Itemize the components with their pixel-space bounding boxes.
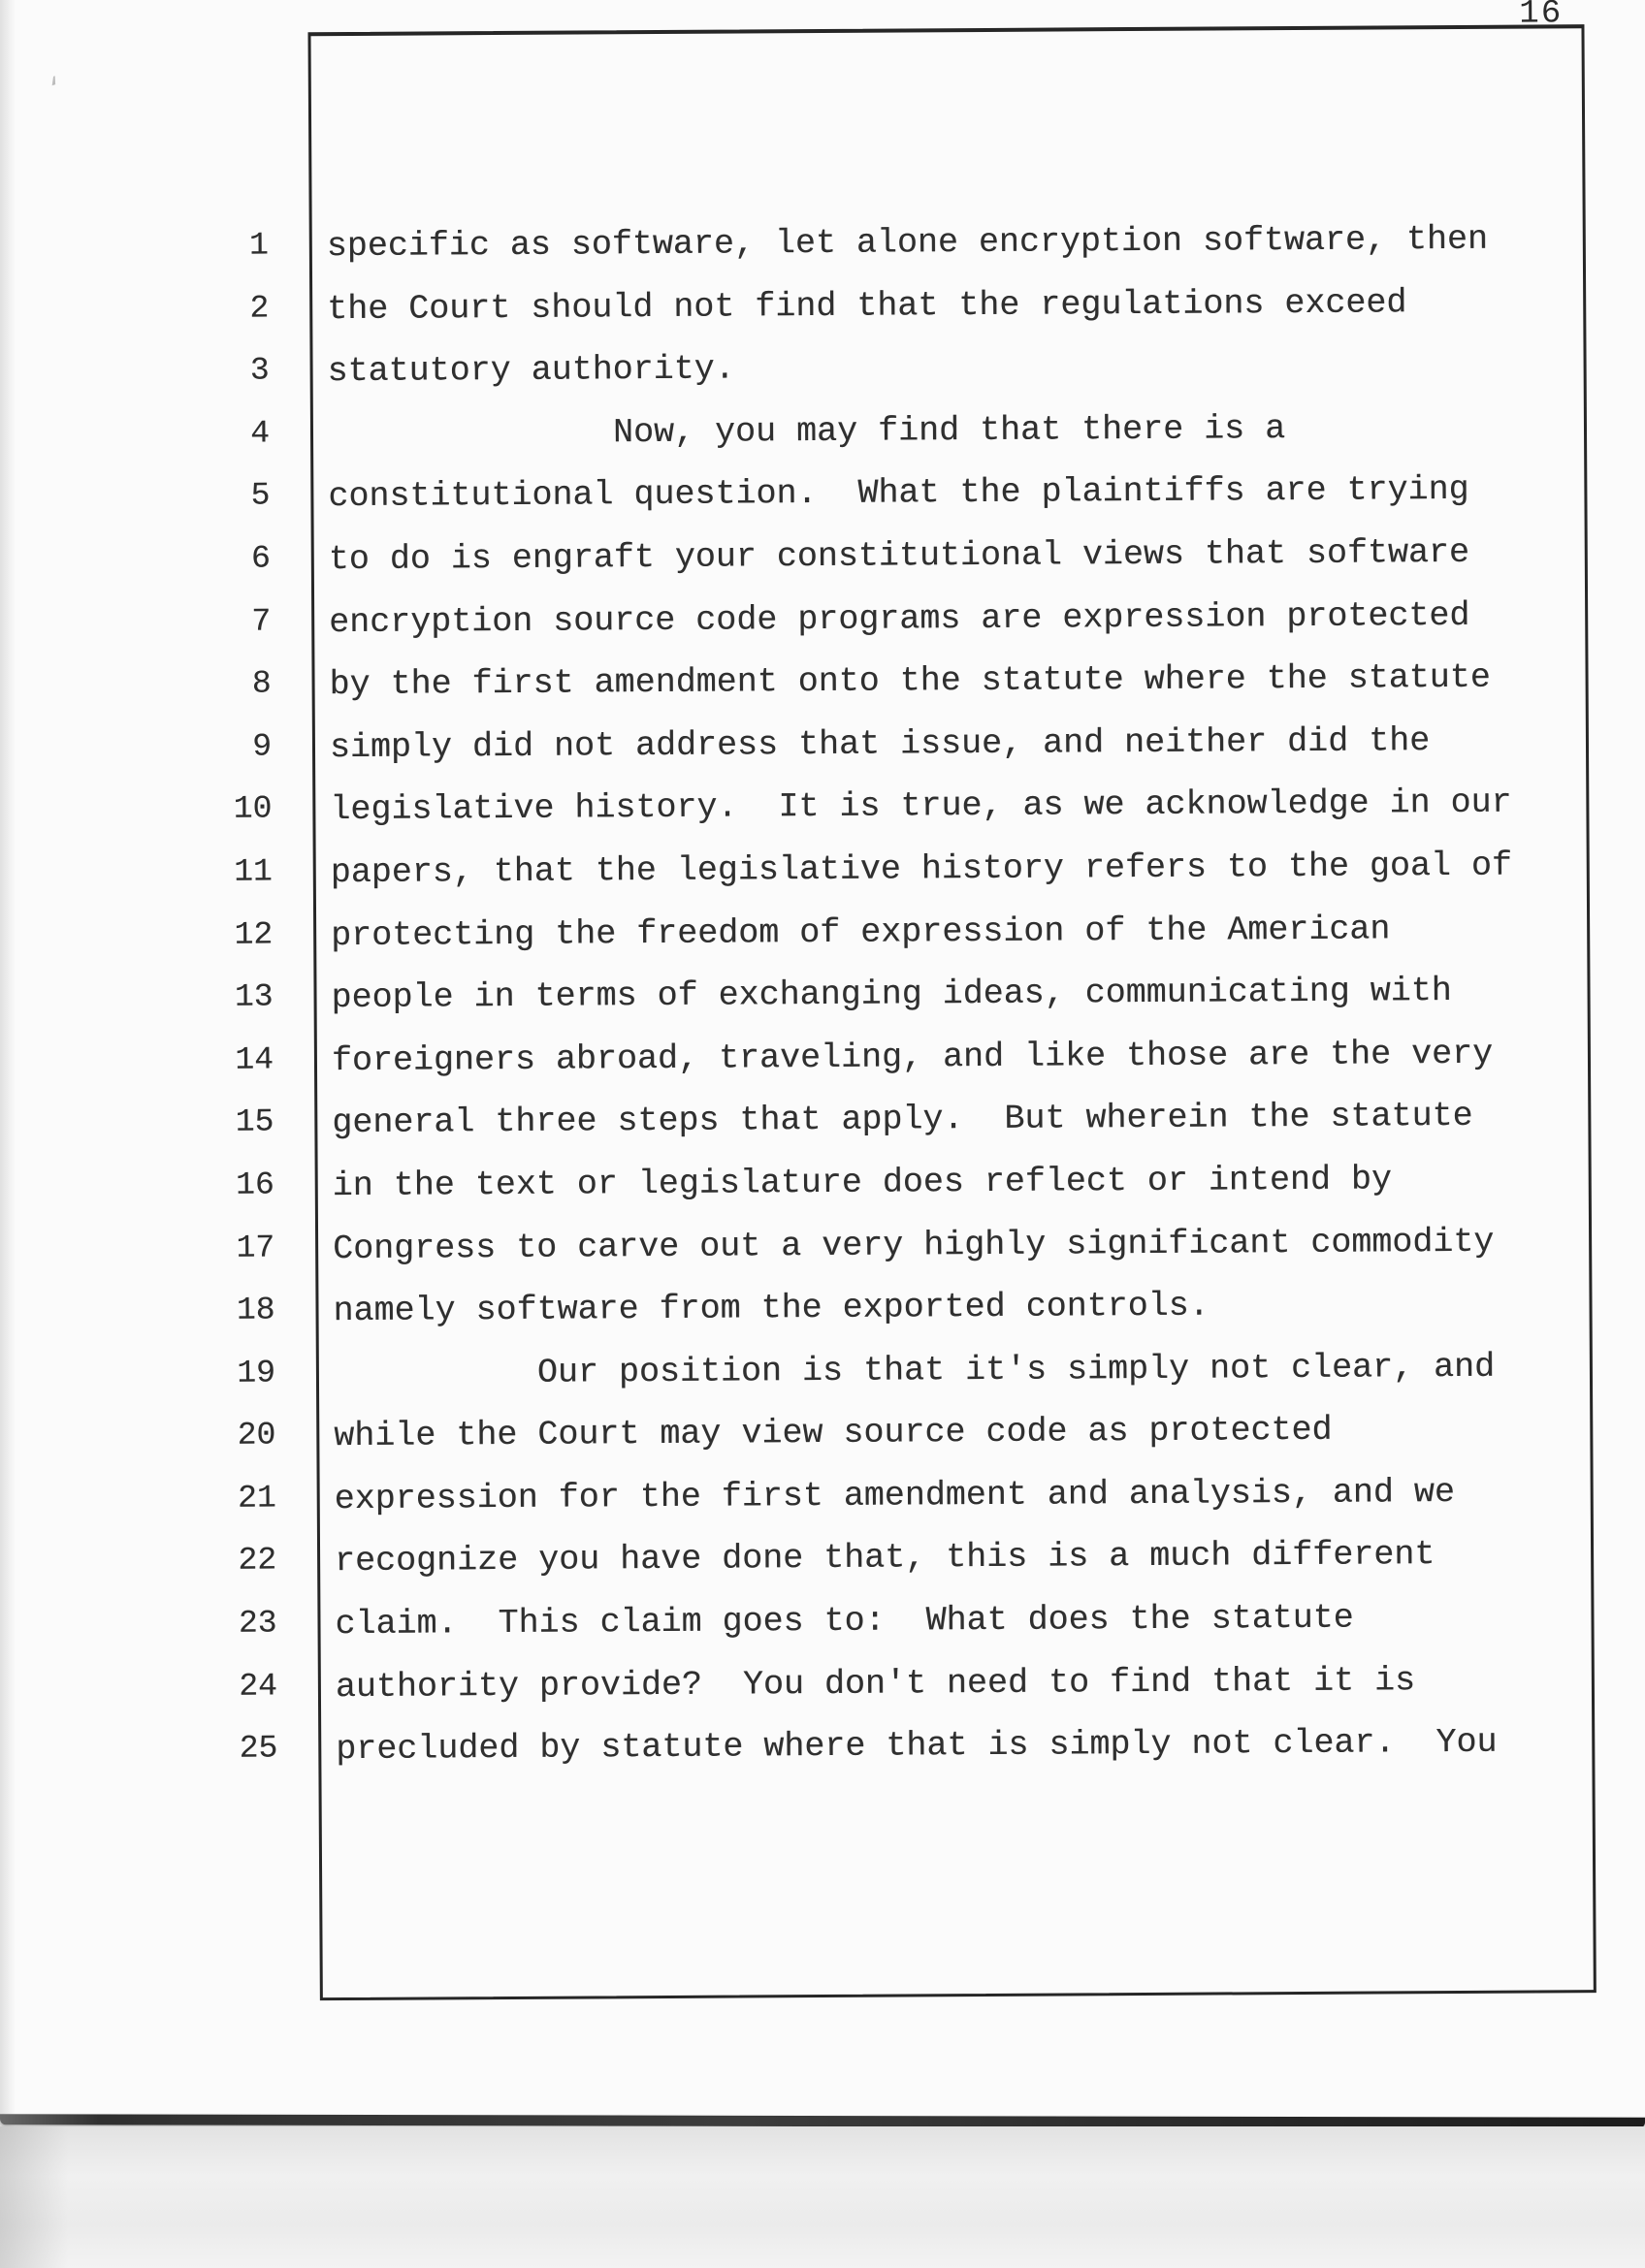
line-number: 6	[0, 540, 271, 578]
line-number: 8	[0, 666, 272, 704]
line-number: 14	[1, 1041, 274, 1079]
line-text: legislative history. It is true, as we a…	[330, 783, 1511, 829]
line-text: namely software from the exported contro…	[333, 1287, 1209, 1331]
transcript-line: 2 the Court should not find that the reg…	[0, 281, 1641, 354]
line-text: by the first amendment onto the statute …	[329, 658, 1490, 704]
transcript-line: 14 foreigners abroad, traveling, and lik…	[1, 1034, 1645, 1106]
line-number: 4	[0, 415, 270, 453]
transcript-line: 13 people in terms of exchanging ideas, …	[0, 971, 1645, 1043]
line-text: authority provide? You don't need to fin…	[336, 1661, 1415, 1707]
line-number: 2	[0, 290, 269, 328]
line-text: precluded by statute where that is simpl…	[336, 1723, 1497, 1769]
transcript-line: 10 legislative history. It is true, as w…	[0, 783, 1645, 855]
line-number: 21	[4, 1480, 276, 1517]
transcript-line: 1 specific as software, let alone encryp…	[0, 219, 1641, 292]
transcript-line: 9 simply did not address that issue, and…	[0, 720, 1644, 793]
transcript-line: 11 papers, that the legislative history …	[0, 846, 1645, 918]
transcript-line: 24 authority provide? You don't need to …	[5, 1659, 1645, 1732]
transcript-line: 22 recognize you have done that, this is…	[4, 1534, 1645, 1607]
line-number: 25	[5, 1731, 277, 1769]
line-number: 15	[1, 1104, 274, 1142]
line-number: 17	[2, 1230, 274, 1267]
transcript-line: 3 statutory authority.	[0, 344, 1642, 417]
transcript-page: 16 ‘ 1 specific as software, let alone e…	[0, 0, 1645, 2268]
line-text: people in terms of exchanging ideas, com…	[331, 972, 1451, 1017]
transcript-line: 7 encryption source code programs are ex…	[0, 594, 1643, 667]
transcript-line: 15 general three steps that apply. But w…	[1, 1096, 1645, 1168]
transcript-line: 8 by the first amendment onto the statut…	[0, 657, 1644, 730]
line-number: 22	[4, 1543, 276, 1581]
line-text: while the Court may view source code as …	[334, 1411, 1332, 1455]
scan-footer-area	[0, 2126, 1645, 2268]
line-text: in the text or legislature does reflect …	[333, 1160, 1392, 1205]
line-text: foreigners abroad, traveling, and like t…	[332, 1035, 1493, 1080]
transcript-line: 16 in the text or legislature does refle…	[2, 1159, 1645, 1231]
transcript-line: 23 claim. This claim goes to: What does …	[4, 1597, 1645, 1670]
line-number: 1	[0, 227, 269, 265]
line-text: statutory authority.	[327, 350, 734, 392]
transcript-line: 5 constitutional question. What the plai…	[0, 469, 1643, 542]
line-text: the Court should not find that the regul…	[327, 283, 1406, 329]
line-text: expression for the first amendment and a…	[335, 1473, 1455, 1518]
transcript-line: 19 Our position is that it's simply not …	[3, 1346, 1645, 1419]
line-number: 3	[0, 353, 270, 391]
line-number: 10	[0, 791, 272, 829]
transcript-line: 25 precluded by statute where that is si…	[5, 1722, 1645, 1795]
line-text: Congress to carve out a very highly sign…	[333, 1222, 1494, 1267]
transcript-line: 20 while the Court may view source code …	[3, 1409, 1645, 1482]
line-text: simply did not address that issue, and n…	[330, 721, 1430, 767]
line-number: 19	[3, 1355, 275, 1392]
line-number: 7	[0, 603, 271, 641]
line-text: Now, you may find that there is a	[328, 409, 1285, 454]
line-text: general three steps that apply. But wher…	[332, 1097, 1472, 1142]
line-text: protecting the freedom of expression of …	[331, 910, 1390, 955]
line-number: 9	[0, 728, 272, 766]
line-text: Our position is that it's simply not cle…	[334, 1347, 1495, 1392]
transcript-line: 12 protecting the freedom of expression …	[0, 908, 1645, 980]
line-number: 16	[2, 1166, 274, 1204]
line-text: specific as software, let alone encrypti…	[327, 220, 1488, 266]
line-number: 12	[0, 916, 273, 954]
line-number: 13	[0, 979, 273, 1017]
transcript-line: 4 Now, you may find that there is a	[0, 407, 1642, 480]
transcript-line: 6 to do is engraft your constitutional v…	[0, 532, 1643, 605]
line-text: constitutional question. What the plaint…	[328, 470, 1468, 516]
line-number: 11	[0, 853, 273, 891]
line-text: encryption source code programs are expr…	[329, 595, 1469, 641]
line-text: recognize you have done that, this is a …	[335, 1536, 1435, 1581]
line-number: 5	[0, 478, 271, 516]
line-number: 23	[4, 1606, 276, 1644]
line-text: claim. This claim goes to: What does the…	[335, 1599, 1353, 1644]
transcript-line: 21 expression for the first amendment an…	[4, 1472, 1645, 1545]
transcript-lines: 1 specific as software, let alone encryp…	[0, 219, 1645, 1795]
line-text: papers, that the legislative history ref…	[331, 847, 1512, 892]
line-number: 20	[3, 1418, 275, 1455]
line-number: 24	[5, 1668, 277, 1706]
line-text: to do is engraft your constitutional vie…	[329, 533, 1469, 579]
scanned-sheet: 16 ‘ 1 specific as software, let alone e…	[0, 0, 1645, 2268]
scan-footer-corner-shadow	[0, 2126, 68, 2268]
scan-speck: ‘	[44, 73, 69, 107]
transcript-line: 17 Congress to carve out a very highly s…	[2, 1221, 1645, 1294]
line-number: 18	[2, 1293, 274, 1330]
transcript-line: 18 namely software from the exported con…	[2, 1284, 1645, 1357]
